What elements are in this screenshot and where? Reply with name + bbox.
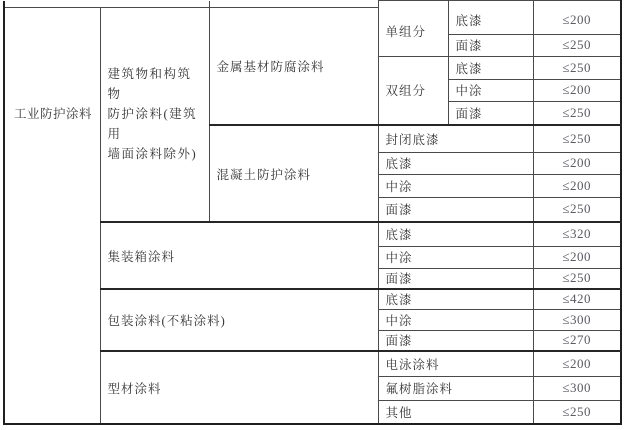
voc-limit-cell: ≤200 bbox=[533, 79, 621, 101]
voc-limit-cell: ≤200 bbox=[533, 246, 621, 268]
coat-type-cell: 底漆 bbox=[448, 7, 533, 34]
voc-limit-cell: ≤250 bbox=[533, 197, 621, 222]
coat-type-cell: 底漆 bbox=[378, 222, 533, 246]
coat-type-cell: 面漆 bbox=[448, 34, 533, 56]
voc-limit-cell: ≤250 bbox=[533, 268, 621, 289]
coat-type-cell: 面漆 bbox=[448, 101, 533, 125]
coat-type-cell: 氟树脂涂料 bbox=[378, 376, 533, 400]
voc-limit-cell: ≤200 bbox=[533, 7, 621, 34]
voc-limit-cell: ≤300 bbox=[533, 376, 621, 400]
concrete-cell: 混凝土防护涂料 bbox=[209, 125, 378, 222]
building-group-cell: 建筑物和构筑物 防护涂料(建筑用 墙面涂料除外) bbox=[100, 7, 209, 222]
coat-type-cell: 面漆 bbox=[378, 330, 533, 351]
metal-substrate-cell: 金属基材防腐涂料 bbox=[209, 7, 378, 125]
coat-type-cell: 中涂 bbox=[378, 174, 533, 197]
two-component-cell: 双组分 bbox=[378, 56, 448, 125]
voc-limit-cell: ≤270 bbox=[533, 330, 621, 351]
coat-type-cell: 中涂 bbox=[448, 79, 533, 101]
voc-limit-cell: ≤200 bbox=[533, 351, 621, 376]
voc-limit-cell: ≤200 bbox=[533, 174, 621, 197]
container-coatings-cell: 集装箱涂料 bbox=[100, 222, 378, 289]
coat-type-cell: 底漆 bbox=[448, 56, 533, 79]
voc-limits-table: 工业防护涂料 建筑物和构筑物 防护涂料(建筑用 墙面涂料除外) 金属基材防腐涂料… bbox=[3, 0, 622, 425]
coat-type-cell: 面漆 bbox=[378, 268, 533, 289]
coat-type-cell: 封闭底漆 bbox=[378, 125, 533, 152]
voc-limit-cell: ≤320 bbox=[533, 222, 621, 246]
voc-limit-cell: ≤300 bbox=[533, 309, 621, 330]
voc-limit-cell: ≤250 bbox=[533, 125, 621, 152]
profile-coatings-cell: 型材涂料 bbox=[100, 351, 378, 424]
voc-limit-cell: ≤420 bbox=[533, 289, 621, 309]
coat-type-cell: 电泳涂料 bbox=[378, 351, 533, 376]
coat-type-cell: 其他 bbox=[378, 400, 533, 424]
voc-limit-cell: ≤250 bbox=[533, 34, 621, 56]
coat-type-cell: 中涂 bbox=[378, 309, 533, 330]
voc-limit-cell: ≤200 bbox=[533, 152, 621, 174]
coat-type-cell: 面漆 bbox=[378, 197, 533, 222]
coat-type-cell: 中涂 bbox=[378, 246, 533, 268]
category-cell: 工业防护涂料 bbox=[4, 7, 100, 424]
single-component-cell: 单组分 bbox=[378, 7, 448, 56]
voc-limit-cell: ≤250 bbox=[533, 400, 621, 424]
table-row: 工业防护涂料 建筑物和构筑物 防护涂料(建筑用 墙面涂料除外) 金属基材防腐涂料… bbox=[4, 7, 621, 34]
coat-type-cell: 底漆 bbox=[378, 289, 533, 309]
page: { "document": { "type": "standard-voc-li… bbox=[0, 0, 624, 430]
voc-limit-cell: ≤250 bbox=[533, 101, 621, 125]
coat-type-cell: 底漆 bbox=[378, 152, 533, 174]
packaging-coatings-cell: 包装涂料(不粘涂料) bbox=[100, 289, 378, 351]
voc-limit-cell: ≤250 bbox=[533, 56, 621, 79]
